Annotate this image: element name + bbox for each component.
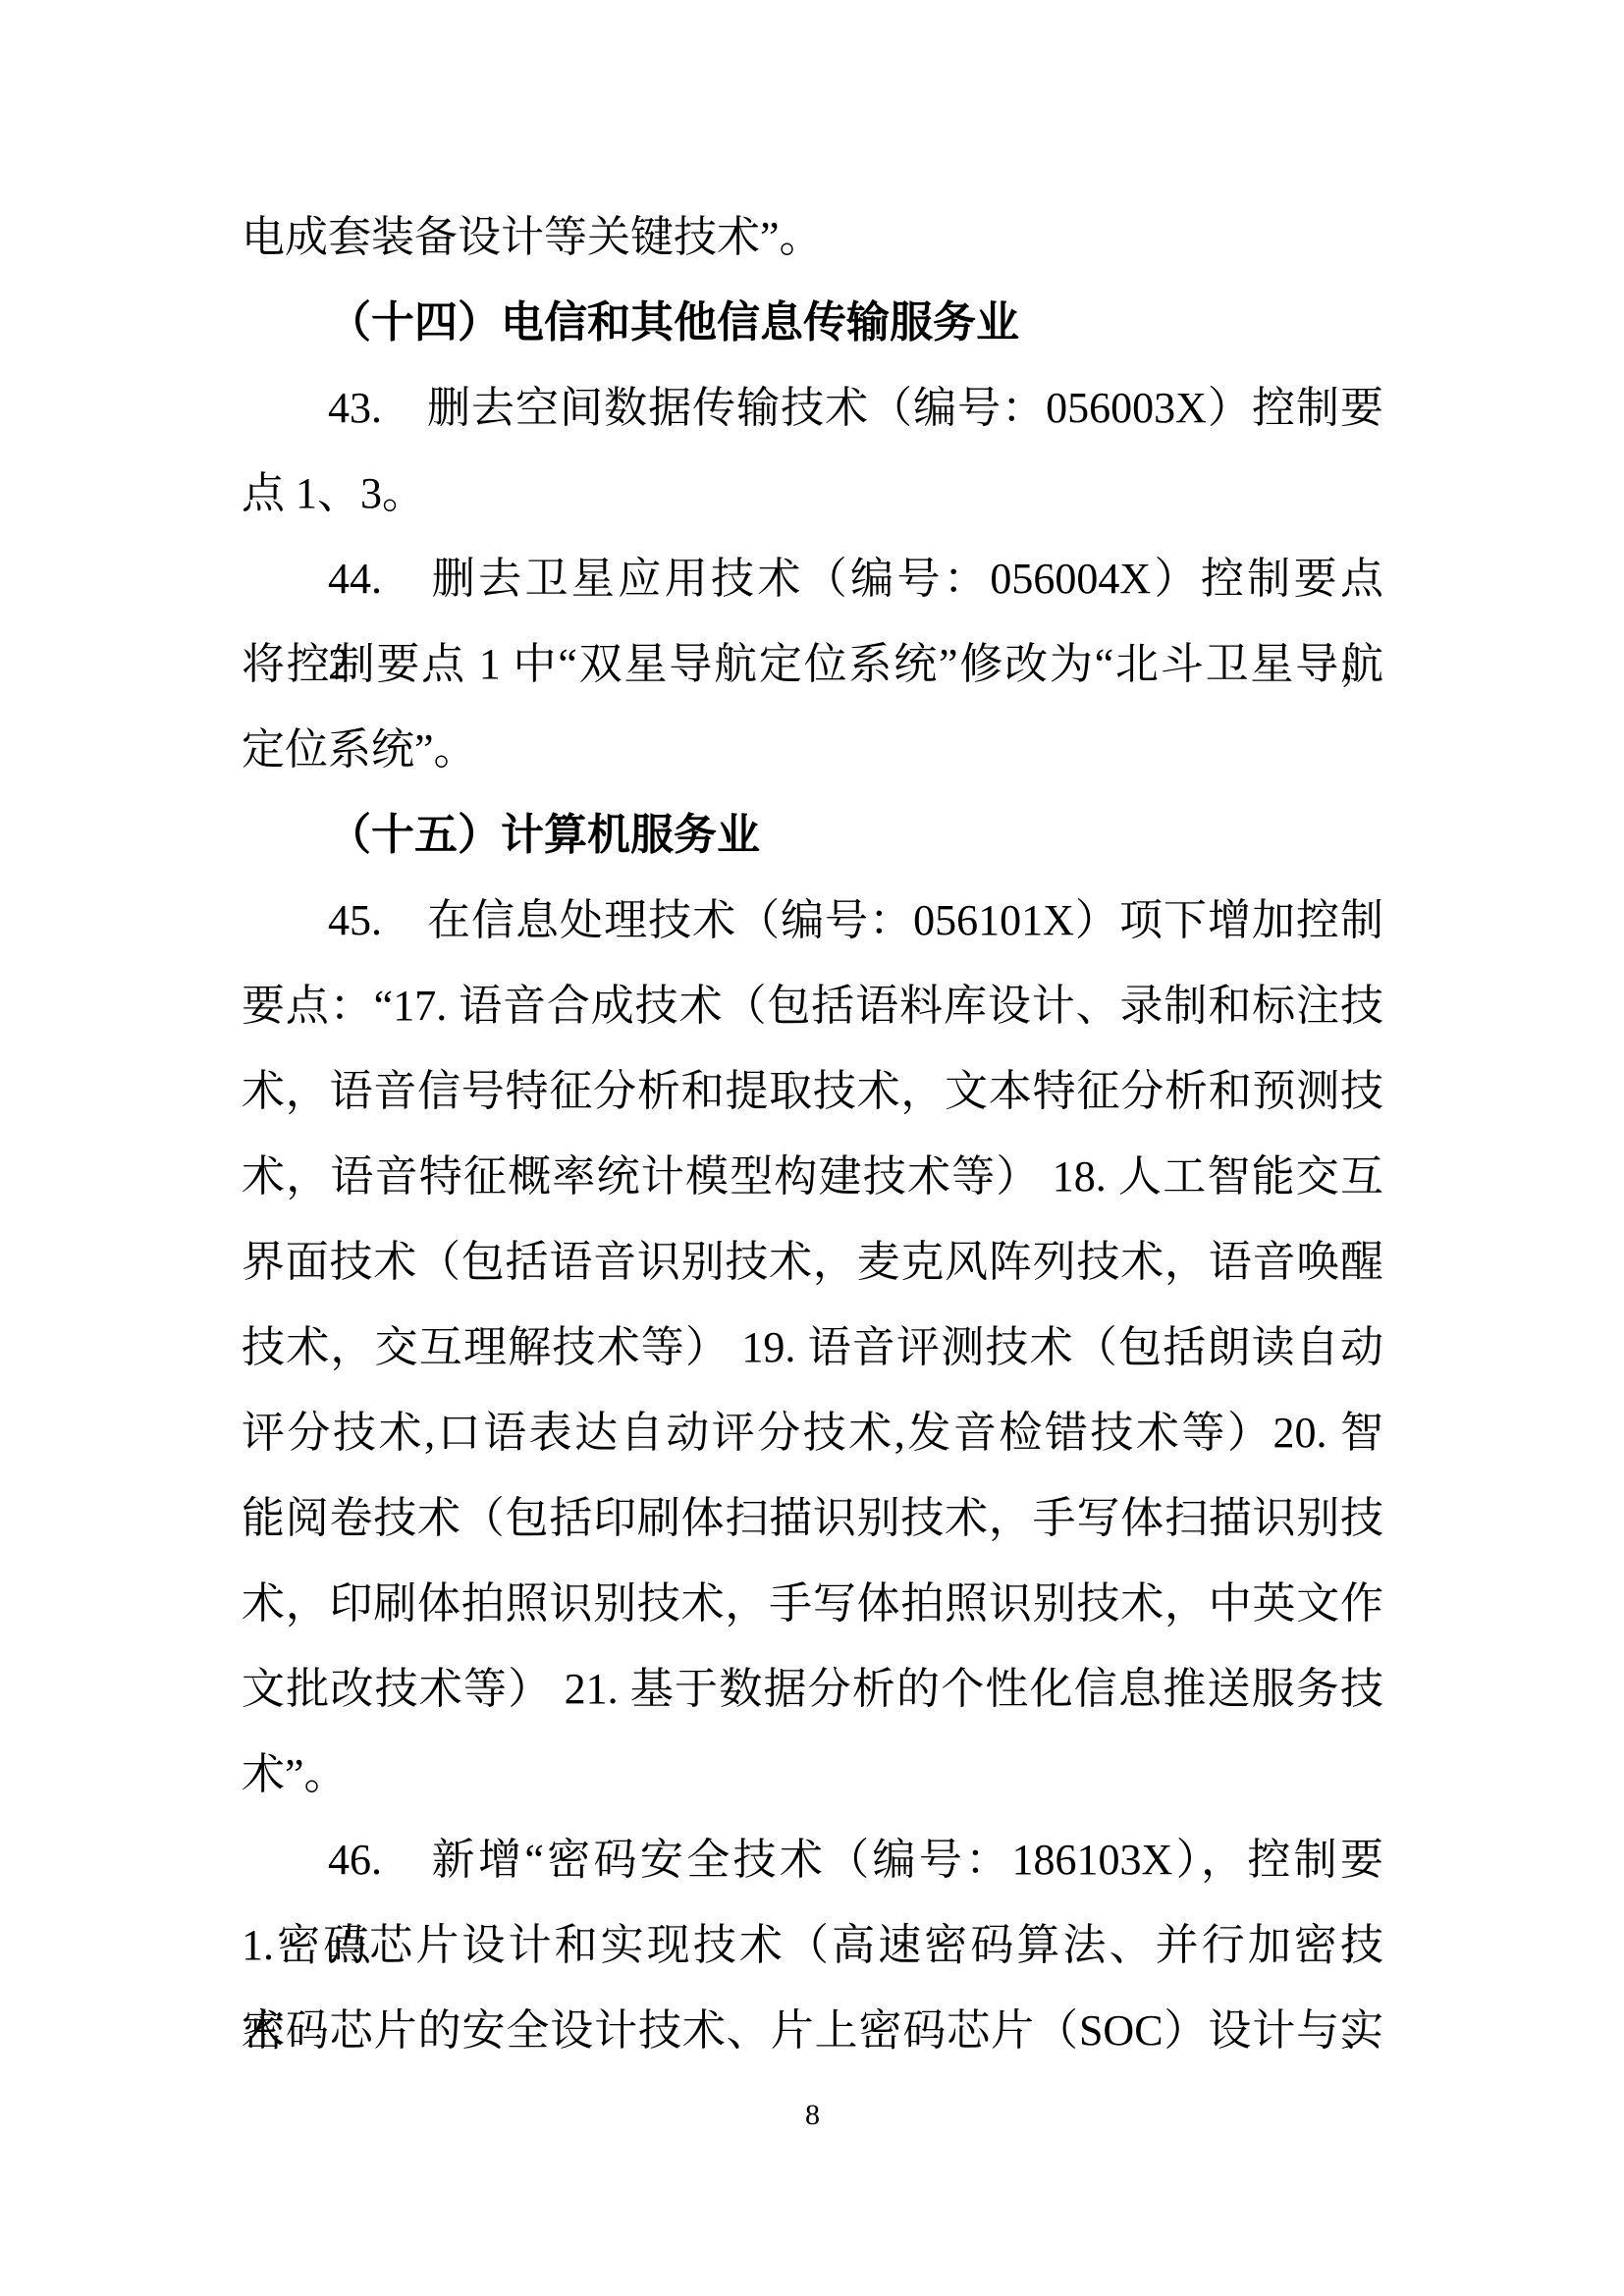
document-page: 电成套装备设计等关键技术”。 （十四）电信和其他信息传输服务业 43. 删去空间… — [0, 0, 1624, 2296]
item-46-line-3: 密码芯片的安全设计技术、片上密码芯片（SOC）设计与实 — [242, 1988, 1383, 2073]
item-44-line-1: 44. 删去卫星应用技术（编号：056004X）控制要点 2， — [242, 536, 1383, 621]
item-45-line-11: 术”。 — [242, 1732, 1383, 1817]
item-45-line-1: 45. 在信息处理技术（编号：056101X）项下增加控制 — [242, 878, 1383, 963]
item-44-line-3: 定位系统”。 — [242, 707, 1383, 792]
item-45-line-6: 技术，交互理解技术等） 19. 语音评测技术（包括朗读自动 — [242, 1305, 1383, 1390]
item-45-line-5: 界面技术（包括语音识别技术，麦克风阵列技术，语音唤醒 — [242, 1219, 1383, 1305]
section-heading-computer: （十五）计算机服务业 — [242, 792, 1383, 878]
item-45-line-8: 能阅卷技术（包括印刷体扫描识别技术，手写体扫描识别技 — [242, 1475, 1383, 1561]
item-46-line-1: 46. 新增“密码安全技术（编号：186103X），控制要点： — [242, 1817, 1383, 1902]
item-45-line-10: 文批改技术等） 21. 基于数据分析的个性化信息推送服务技 — [242, 1646, 1383, 1732]
item-45-line-2: 要点：“17. 语音合成技术（包括语料库设计、录制和标注技 — [242, 963, 1383, 1048]
item-45-line-7: 评分技术,口语表达自动评分技术,发音检错技术等）20. 智 — [242, 1390, 1383, 1475]
section-heading-telecom: （十四）电信和其他信息传输服务业 — [242, 280, 1383, 365]
item-45-line-4: 术，语音特征概率统计模型构建技术等） 18. 人工智能交互 — [242, 1134, 1383, 1219]
item-43-line-2: 点 1、3。 — [242, 451, 1383, 536]
item-43-line-1: 43. 删去空间数据传输技术（编号：056003X）控制要 — [242, 365, 1383, 451]
item-44-line-2: 将控制要点 1 中“双星导航定位系统”修改为“北斗卫星导航 — [242, 621, 1383, 707]
item-45-line-3: 术，语音信号特征分析和提取技术，文本特征分析和预测技 — [242, 1048, 1383, 1134]
page-number: 8 — [242, 2089, 1383, 2142]
para-tail-key-tech: 电成套装备设计等关键技术”。 — [242, 194, 1383, 280]
item-45-line-9: 术，印刷体拍照识别技术，手写体拍照识别技术，中英文作 — [242, 1561, 1383, 1646]
item-46-line-2: 1.密码芯片设计和实现技术（高速密码算法、并行加密技术、 — [242, 1902, 1383, 1988]
document-body: 电成套装备设计等关键技术”。 （十四）电信和其他信息传输服务业 43. 删去空间… — [242, 194, 1383, 2073]
